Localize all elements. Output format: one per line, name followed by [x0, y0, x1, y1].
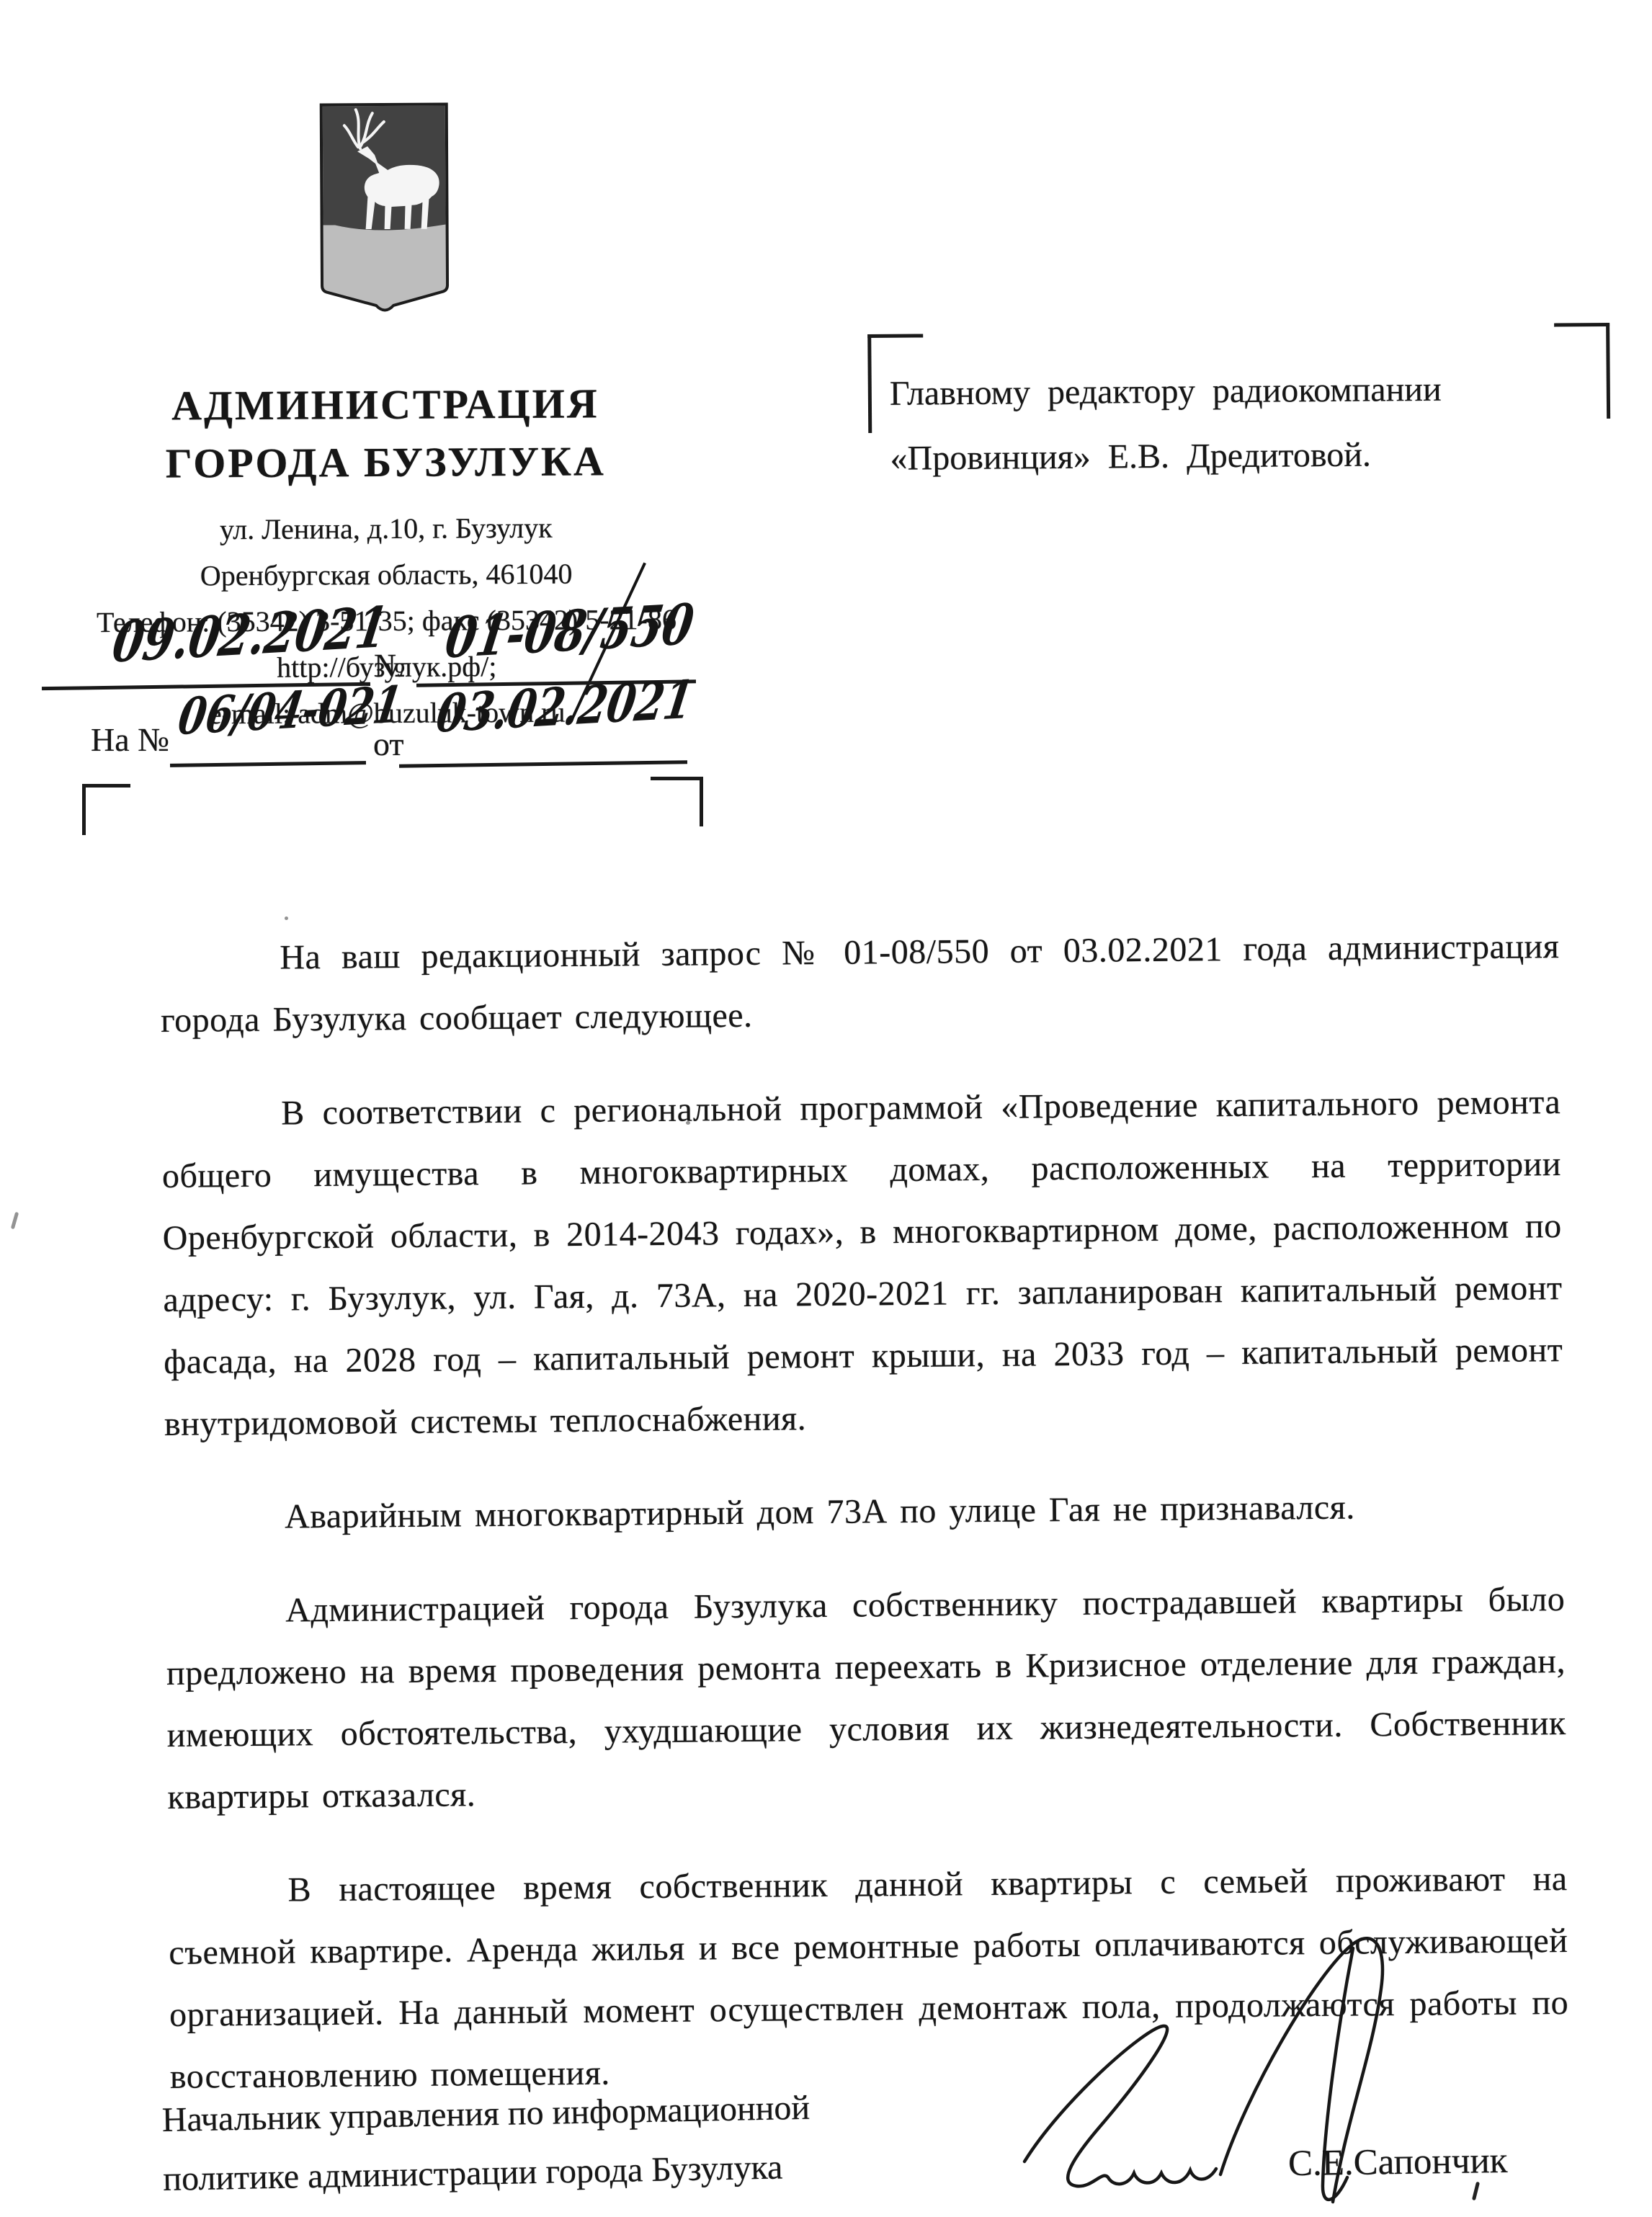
scan-noise-dot	[686, 1121, 690, 1125]
registration-fields: 09.02.2021 № 01-08/550 На № 06/04-021 от…	[0, 0, 1652, 937]
signer-name: С.Е.Сапончик	[1288, 2140, 1508, 2185]
pen-tick-mark	[1472, 2182, 1480, 2200]
scanned-letter-page: АДМИНИСТРАЦИЯ ГОРОДА БУЗУЛУКА ул. Ленина…	[0, 0, 1652, 2217]
fill-line-incoming-number	[170, 761, 366, 767]
incoming-number-handwritten: 06/04-021	[174, 674, 406, 746]
incoming-date-handwritten: 03.02.2021	[432, 669, 697, 745]
scan-noise-mark	[11, 1212, 19, 1229]
outgoing-number-handwritten: 01-08/550	[441, 592, 698, 672]
from-label: от	[373, 725, 404, 763]
corner-mark-bottom-left	[82, 784, 130, 835]
paragraph-4: Администрацией города Бузулука собственн…	[166, 1569, 1567, 1829]
outgoing-date-handwritten: 09.02.2021	[108, 595, 392, 676]
incoming-number-label: На №	[91, 721, 169, 759]
signer-position: Начальник управления по информационной п…	[161, 2073, 1100, 2209]
paragraph-3: Аварийным многоквартирный дом 73А по ули…	[165, 1475, 1565, 1549]
fill-line-incoming-date	[399, 760, 687, 768]
paragraph-2: В соответствии с региональной программой…	[161, 1071, 1563, 1455]
scan-noise-dot	[285, 916, 288, 920]
paragraph-1: На ваш редакционный запрос № 01-08/550 о…	[160, 916, 1560, 1052]
corner-mark-bottom-right	[651, 777, 703, 826]
